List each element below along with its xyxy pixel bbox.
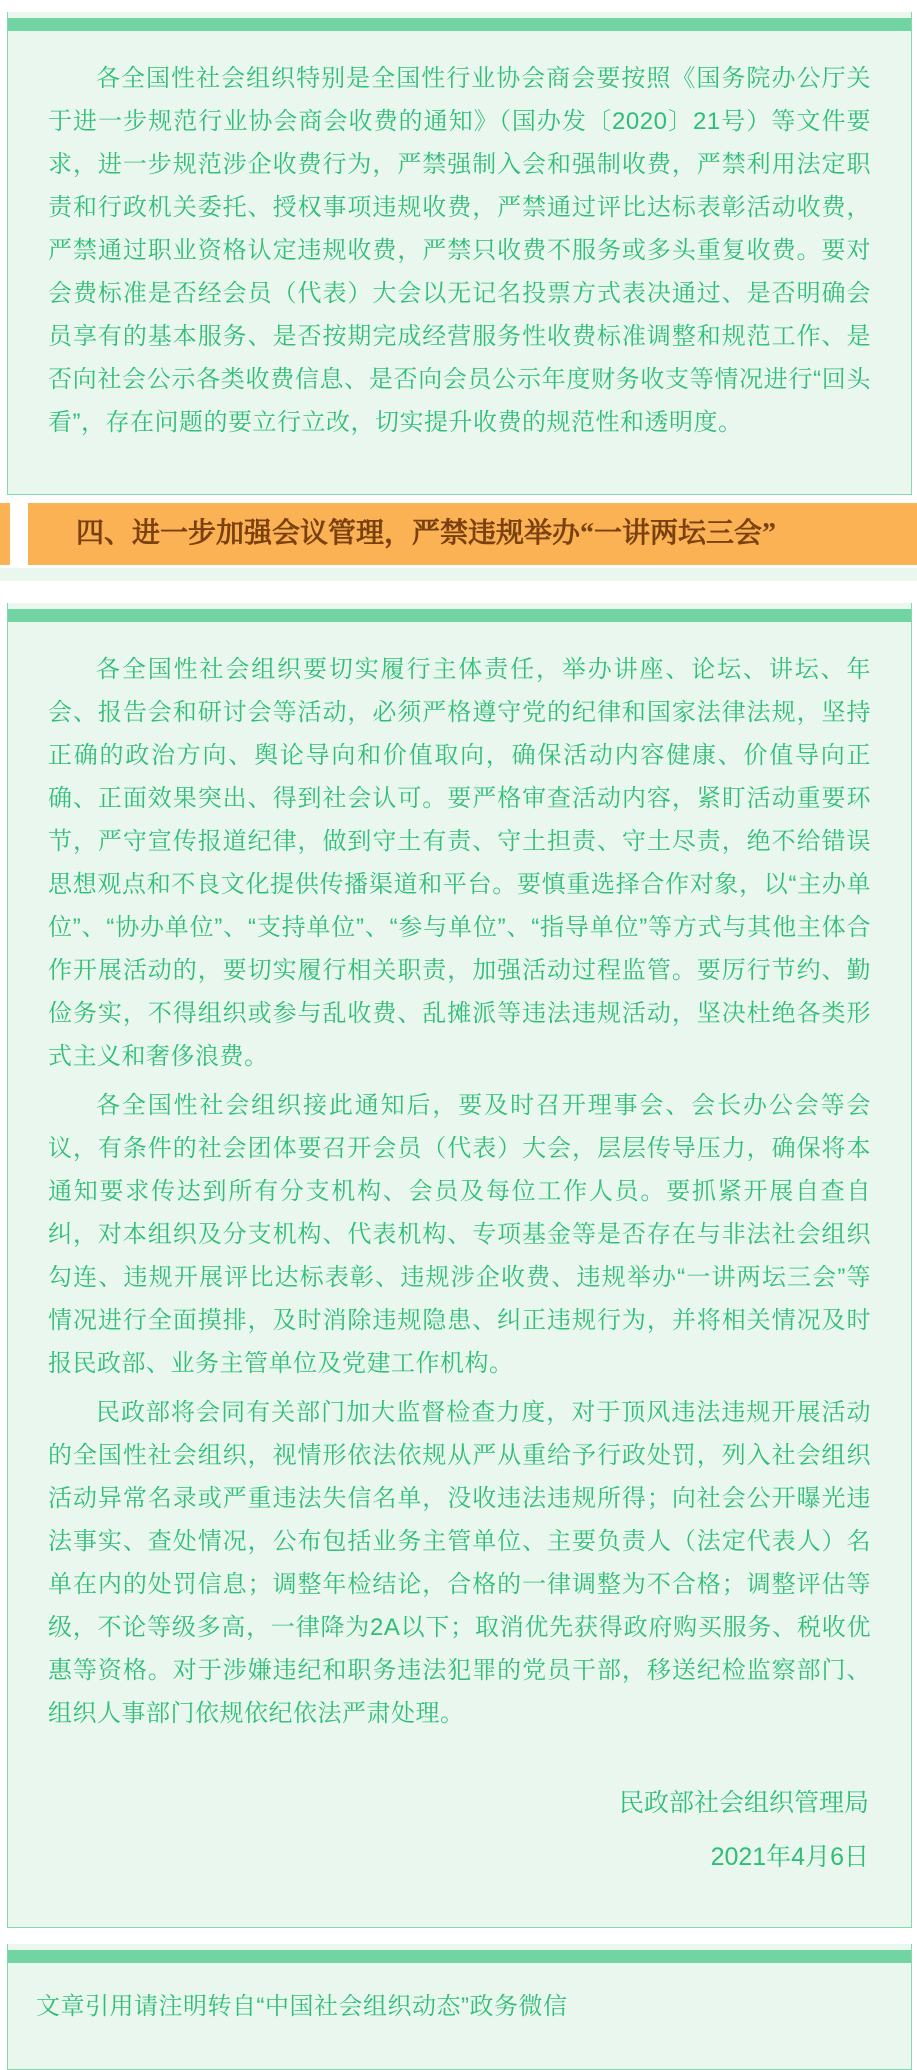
box-top-bar xyxy=(8,1950,911,1963)
section-box-meetings: 各全国性社会组织要切实履行主体责任，举办讲座、论坛、讲坛、年会、报告会和研讨会等… xyxy=(7,603,912,1928)
paragraph-fee-regulation: 各全国性社会组织特别是全国性行业协会商会要按照《国务院办公厅关于进一步规范行业协… xyxy=(48,57,871,444)
top-margin xyxy=(0,0,917,12)
box-body: 各全国性社会组织要切实履行主体责任，举办讲座、论坛、讲坛、年会、报告会和研讨会等… xyxy=(8,622,911,1927)
paragraph-supervision-penalties: 民政部将会同有关部门加大监督检查力度，对于顶风违法违规开展活动的全国性社会组织，… xyxy=(48,1391,871,1735)
footer-note-box: 文章引用请注明转自“中国社会组织动态”政务微信 xyxy=(7,1944,912,2070)
banner-left-strip xyxy=(0,503,10,565)
paragraph-meeting-responsibility: 各全国性社会组织要切实履行主体责任，举办讲座、论坛、讲坛、年会、报告会和研讨会等… xyxy=(48,648,871,1078)
section-heading: 四、进一步加强会议管理，严禁违规举办“一讲两坛三会” xyxy=(28,503,917,565)
paragraph-self-inspection: 各全国性社会组织接此通知后，要及时召开理事会、会长办公会等会议，有条件的社会团体… xyxy=(48,1084,871,1385)
citation-note: 文章引用请注明转自“中国社会组织动态”政务微信 xyxy=(36,1991,883,2023)
box-body: 文章引用请注明转自“中国社会组织动态”政务微信 xyxy=(8,1963,911,2069)
white-gap xyxy=(0,1928,917,1944)
section-box-fees: 各全国性社会组织特别是全国性行业协会商会要按照《国务院办公厅关于进一步规范行业协… xyxy=(7,12,912,495)
signature-block: 民政部社会组织管理局 2021年4月6日 xyxy=(48,1783,871,1877)
box-top-bar xyxy=(8,609,911,622)
issue-date: 2021年4月6日 xyxy=(48,1837,869,1877)
banner-gap xyxy=(10,503,28,565)
separator-band xyxy=(0,568,917,581)
box-body: 各全国性社会组织特别是全国性行业协会商会要按照《国务院办公厅关于进一步规范行业协… xyxy=(8,31,911,494)
box-top-bar xyxy=(8,18,911,31)
issuing-authority: 民政部社会组织管理局 xyxy=(48,1783,869,1823)
section-heading-banner: 四、进一步加强会议管理，严禁违规举办“一讲两坛三会” xyxy=(0,503,917,565)
white-gap xyxy=(0,581,917,603)
